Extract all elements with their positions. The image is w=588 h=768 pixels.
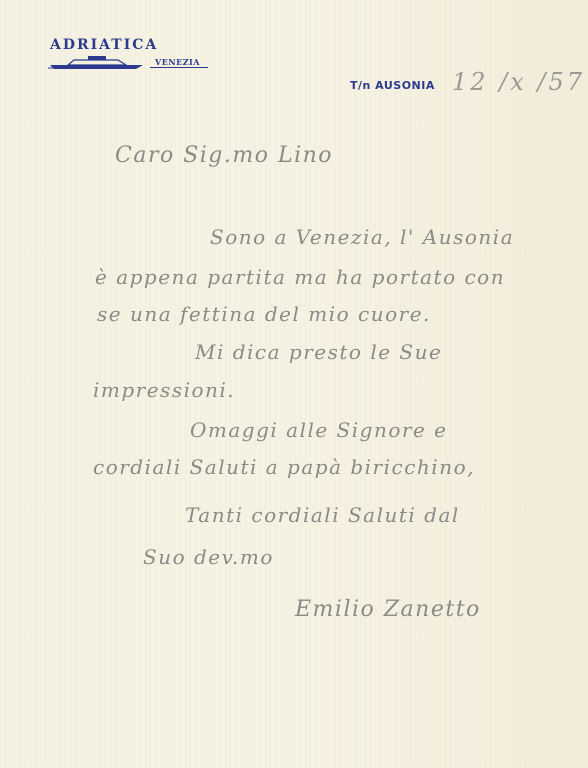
letter-line: Suo dev.mo (143, 545, 274, 569)
company-city: VENEZIA (155, 57, 200, 67)
letter-line: cordiali Saluti a papà biricchino, (93, 455, 475, 479)
underline-divider (150, 67, 208, 68)
ship-icon (48, 54, 148, 70)
letter-line: impressioni. (93, 378, 235, 402)
ship-name: T/n AUSONIA (350, 79, 435, 92)
letter-page: ADRIATICA VENEZIA T/n AUSONIA 12 /x /57 … (0, 0, 588, 768)
signature: Emilio Zanetto (295, 597, 481, 622)
letter-line: è appena partita ma ha portato con (95, 265, 505, 289)
letter-line: se una fettina del mio cuore. (97, 302, 431, 326)
salutation: Caro Sig.mo Lino (115, 143, 333, 168)
letter-date: 12 /x /57 (452, 68, 585, 96)
letter-line: Mi dica presto le Sue (195, 340, 442, 364)
company-name: ADRIATICA (50, 37, 158, 53)
letter-line: Omaggi alle Signore e (190, 418, 447, 442)
letter-line: Sono a Venezia, l' Ausonia (210, 225, 514, 249)
letter-line: Tanti cordiali Saluti dal (185, 503, 460, 527)
